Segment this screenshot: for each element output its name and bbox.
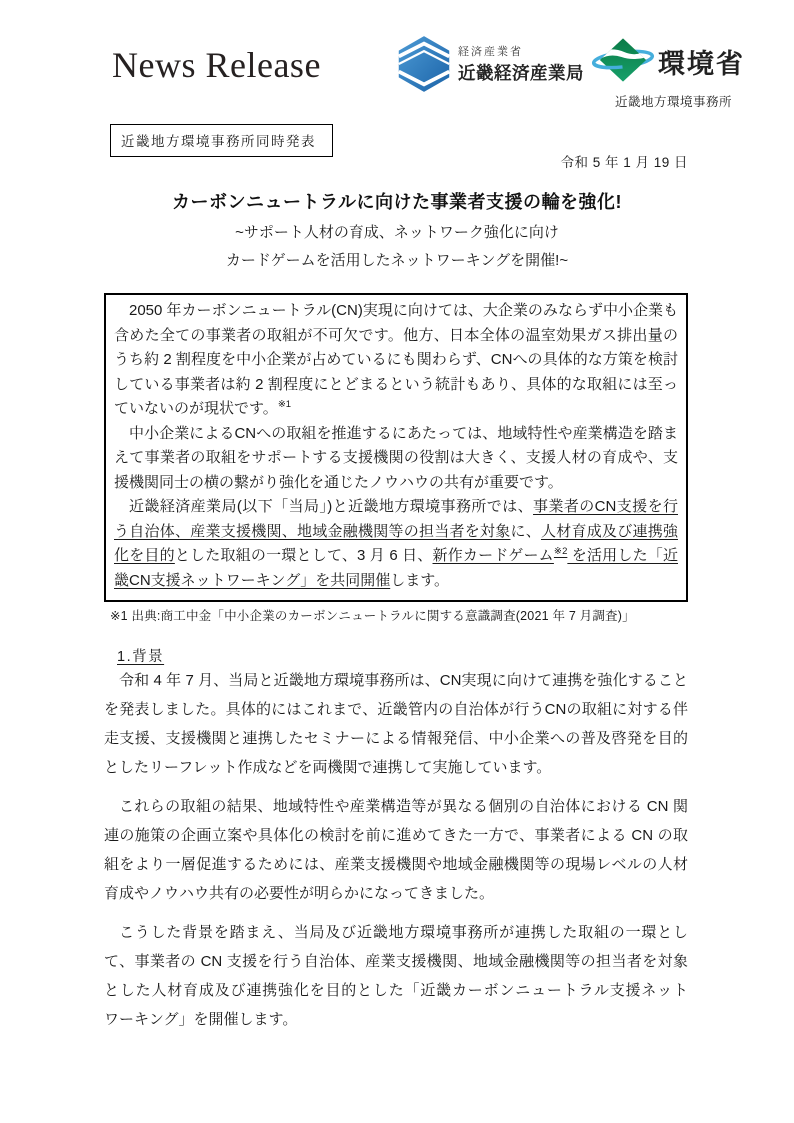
moe-logo-icon (591, 33, 655, 89)
footnote: ※1 出典:商工中金「中小企業のカーボンニュートラルに関する意識調査(2021 … (110, 606, 688, 624)
moe-logo: 環境省 近畿地方環境事務所 (591, 33, 745, 110)
page: News Release 経済産業省 近畿経済産業局 (0, 0, 794, 1123)
moe-ministry-label: 環境省 (658, 42, 745, 81)
background-section: 令和 4 年 7 月、当局と近畿地方環境事務所は、CN実現に向けて連携を強化する… (104, 666, 688, 1044)
summary-paragraph: 2050 年カーボンニュートラル(CN)実現に向けては、大企業のみならず中小企業… (114, 299, 678, 422)
background-paragraph: こうした背景を踏まえ、当局及び近畿地方環境事務所が連携した取組の一環として、事業… (104, 918, 688, 1034)
summary-paragraph: 中小企業によるCNへの取組を推進するにあたっては、地域特性や産業構造を踏まえて事… (114, 422, 678, 496)
title-block: カーボンニュートラルに向けた事業者支援の輪を強化! ~サポート人材の育成、ネット… (0, 188, 794, 270)
page-title: カーボンニュートラルに向けた事業者支援の輪を強化! (0, 188, 794, 214)
subtitle-line1: ~サポート人材の育成、ネットワーク強化に向け (0, 221, 794, 242)
meti-bureau-label: 近畿経済産業局 (458, 60, 584, 85)
subtitle-line2: カードゲームを活用したネットワーキングを開催!~ (0, 249, 794, 270)
meti-logo: 経済産業省 近畿経済産業局 (397, 35, 584, 93)
news-release-title: News Release (112, 44, 321, 86)
summary-box: 2050 年カーボンニュートラル(CN)実現に向けては、大企業のみならず中小企業… (104, 293, 688, 602)
background-paragraph: 令和 4 年 7 月、当局と近畿地方環境事務所は、CN実現に向けて連携を強化する… (104, 666, 688, 782)
meti-logo-icon (397, 35, 451, 93)
background-paragraph: これらの取組の結果、地域特性や産業構造等が異なる個別の自治体における CN 関連… (104, 792, 688, 908)
meti-logo-text: 経済産業省 近畿経済産業局 (458, 43, 584, 85)
summary-paragraph: 近畿経済産業局(以下「当局」)と近畿地方環境事務所では、事業者のCN支援を行う自… (114, 495, 678, 593)
release-date: 令和 5 年 1 月 19 日 (560, 151, 688, 171)
simultaneous-release-box: 近畿地方環境事務所同時発表 (110, 124, 333, 157)
moe-office-label: 近畿地方環境事務所 (615, 92, 745, 110)
background-heading: 1.背景 (117, 645, 164, 666)
meti-ministry-label: 経済産業省 (458, 43, 584, 59)
